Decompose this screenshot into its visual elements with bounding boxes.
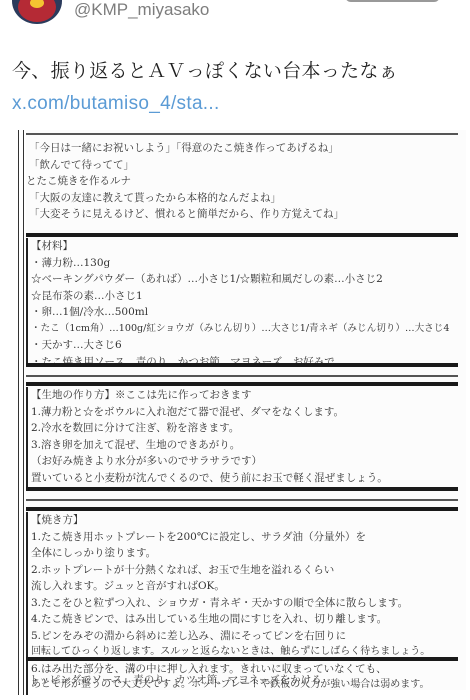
step-line: 流し入れます。ジュッと音がすればOK。: [28, 578, 458, 595]
section-title: 【焼き方】: [28, 512, 458, 529]
user-handle[interactable]: @KMP_miyasako: [74, 0, 209, 20]
ingredient-line: ・薄力粉…130g: [28, 255, 458, 272]
section-divider: [26, 657, 458, 661]
script-line: 「飲んでて待ってて」: [26, 157, 458, 174]
tweet-header: @KMP_miyasako: [0, 0, 470, 30]
section-divider: [26, 507, 458, 511]
step-line: 置いていると小麦粉が沈んでくるので、使う前にお玉で軽く混ぜましょう。: [28, 470, 458, 487]
step-line: 5.ピンをみぞの淵から斜めに差し込み、淵にそってピンを右回りに: [28, 628, 458, 645]
step-line: 2.ホットプレートが十分熱くなれば、お玉で生地を溢れるくらい: [28, 562, 458, 579]
section-cooking: 【焼き方】 1.たこ焼き用ホットプレートを200℃に設定し、サラダ油（分量外）を…: [26, 512, 458, 695]
section-topping: トッピングでソース、青のり、カツオ節、マヨネーズをかける: [26, 672, 458, 687]
tweet-body: 今、振り返るとＡＶっぽくない台本ったなぁx.com/butamiso_4/sta…: [12, 55, 462, 120]
document-left-rail: [18, 130, 24, 695]
script-line: とたこ焼きを作るルナ: [23, 173, 458, 190]
script-line: 「今日は一緒にお祝いしよう」「得意のたこ焼き作ってあげるね」: [26, 140, 458, 157]
ingredient-line: ・卵…1個/冷水…500ml: [28, 304, 458, 321]
step-line: 2.冷水を数回に分けて注ぎ、粉を溶きます。: [28, 420, 458, 437]
topping-line: トッピングでソース、青のり、カツオ節、マヨネーズをかける: [29, 674, 322, 686]
section-batter: 【生地の作り方】※ここは先に作っておきます 1.薄力粉と☆をボウルに入れ泡だて器…: [26, 387, 458, 487]
step-line: 全体にしっかり塗ります。: [28, 545, 458, 562]
step-line: 4.たこ焼きピンで、はみ出している生地の間にすじを入れ、切り離します。: [28, 611, 458, 628]
section-divider: [26, 363, 458, 367]
ingredient-line: ・たこ（1cm角）…100g/紅ショウガ（みじん切り）…大さじ1/青ネギ（みじん…: [28, 321, 458, 338]
section-title: 【材料】: [28, 238, 458, 255]
ingredient-line: ☆ベーキングパウダー（あれば）…小さじ1/☆顆粒和風だしの素…小さじ2: [28, 271, 458, 288]
step-line: 3.溶き卵を加えて混ぜ、生地のできあがり。: [28, 437, 458, 454]
section-divider: [26, 375, 458, 377]
section-ingredients: 【材料】 ・薄力粉…130g ☆ベーキングパウダー（あれば）…小さじ1/☆顆粒和…: [26, 238, 458, 363]
tweet-link[interactable]: x.com/butamiso_4/sta...: [12, 93, 220, 114]
section-title: 【生地の作り方】※ここは先に作っておきます: [28, 387, 458, 404]
section-divider: [26, 382, 458, 386]
script-line: 「大阪の友達に教えて貰ったから本格的なんだよね」: [26, 190, 458, 207]
attached-image-document[interactable]: 「今日は一緒にお祝いしよう」「得意のたこ焼き作ってあげるね」 「飲んでて待ってて…: [18, 130, 460, 700]
follow-button[interactable]: [345, 0, 440, 2]
section-divider: [26, 233, 458, 237]
script-line: 「大変そうに見えるけど、慣れると簡単だから、作り方覚えてね」: [26, 206, 458, 223]
step-line: 1.たこ焼き用ホットプレートを200℃に設定し、サラダ油（分量外）を: [28, 529, 458, 546]
step-line: 3.たこをひと粒ずつ入れ、ショウガ・青ネギ・天かすの順で全体に散らします。: [28, 595, 458, 612]
section-divider: [26, 133, 458, 135]
ingredient-line: ☆昆布茶の素…小さじ1: [28, 288, 458, 305]
step-line: （お好み焼きより水分が多いのでサラサラです）: [28, 453, 458, 470]
step-line: 1.薄力粉と☆をボウルに入れ泡だて器で混ぜ、ダマをなくします。: [28, 404, 458, 421]
section-divider: [26, 487, 458, 491]
ingredient-line: ・たこ焼き用ソース、青のり、かつお節、マヨネーズ…お好みで: [28, 354, 458, 371]
avatar[interactable]: [12, 0, 62, 24]
ingredient-line: ・天かす…大さじ6: [28, 337, 458, 354]
tweet-text: 今、振り返るとＡＶっぽくない台本ったなぁ: [12, 60, 398, 82]
section-intro: 「今日は一緒にお祝いしよう」「得意のたこ焼き作ってあげるね」 「飲んでて待ってて…: [26, 140, 458, 223]
section-divider: [26, 499, 458, 501]
